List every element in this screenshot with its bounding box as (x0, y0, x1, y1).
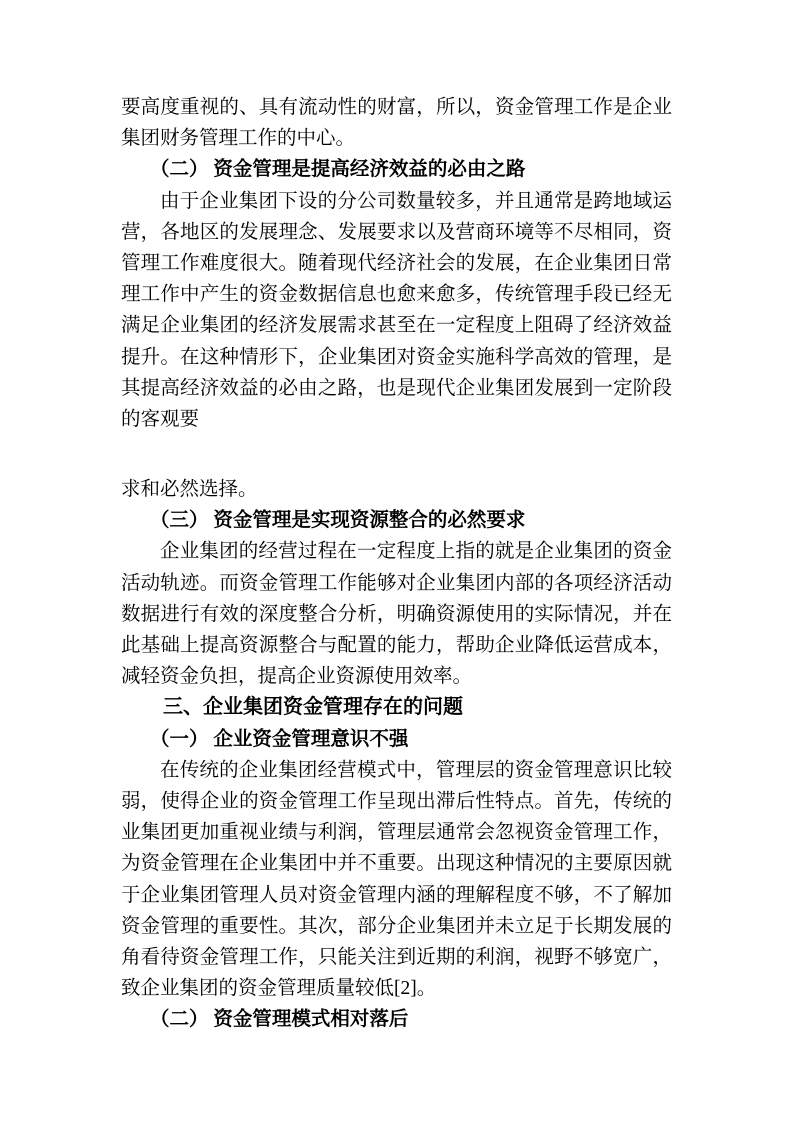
paragraph-first-line: 在传统的企业集团经营模式中，管理层的资金管理意识比较薄 (121, 755, 672, 786)
paragraph-last-line: 减轻资金负担，提高企业资源使用效率。 (121, 661, 672, 692)
text-line: 资金管理的重要性。其次，部分企业集团并未立足于长期发展的视 (121, 911, 672, 942)
subsection-heading: （三） 资金管理是实现资源整合的必然要求 (121, 505, 672, 536)
text-line: 业集团更加重视业绩与利润，管理层通常会忽视资金管理工作，认 (121, 817, 672, 848)
text-line: 为资金管理在企业集团中并不重要。出现这种情况的主要原因就在 (121, 848, 672, 879)
paragraph-last-line: 致企业集团的资金管理质量较低[2]。 (121, 973, 672, 1004)
section-heading: 三、企业集团资金管理存在的问题 (121, 692, 672, 723)
paragraph-last-line: 集团财务管理工作的中心。 (121, 123, 672, 154)
paragraph-first-line: 由于企业集团下设的分公司数量较多，并且通常是跨地域运 (121, 186, 672, 217)
text-line: 理工作中产生的资金数据信息也愈来愈多，传统管理手段已经无法 (121, 279, 672, 310)
subsection-heading: （二） 资金管理是提高经济效益的必由之路 (121, 154, 672, 185)
text-line: 弱，使得企业的资金管理工作呈现出滞后性特点。首先，传统的企 (121, 786, 672, 817)
document-text-block: 要高度重视的、具有流动性的财富，所以，资金管理工作是企业 集团财务管理工作的中心… (121, 92, 672, 1035)
text-line: 要高度重视的、具有流动性的财富，所以，资金管理工作是企业 (121, 92, 672, 123)
document-page: 要高度重视的、具有流动性的财富，所以，资金管理工作是企业 集团财务管理工作的中心… (0, 0, 794, 1122)
subsection-heading: （二） 资金管理模式相对落后 (121, 1004, 672, 1035)
carried-over-line: 求和必然选择。 (121, 474, 672, 505)
text-line: 数据进行有效的深度整合分析，明确资源使用的实际情况，并在 (121, 599, 672, 630)
text-line: 其提高经济效益的必由之路，也是现代企业集团发展到一定阶段后 (121, 373, 672, 404)
text-line: 此基础上提高资源整合与配置的能力，帮助企业降低运营成本， (121, 630, 672, 661)
paragraph-last-line: 的客观要 (121, 404, 672, 435)
text-line: 角看待资金管理工作，只能关注到近期的利润，视野不够宽广，导 (121, 942, 672, 973)
subsection-heading: （一） 企业资金管理意识不强 (121, 724, 672, 755)
text-line: 提升。在这种情形下，企业集团对资金实施科学高效的管理，是 (121, 342, 672, 373)
text-line: 管理工作难度很大。随着现代经济社会的发展，在企业集团日常管 (121, 248, 672, 279)
text-line: 满足企业集团的经济发展需求甚至在一定程度上阻碍了经济效益的 (121, 310, 672, 341)
text-line: 活动轨迹。而资金管理工作能够对企业集团内部的各项经济活动 (121, 568, 672, 599)
text-line: 营，各地区的发展理念、发展要求以及营商环境等不尽相同，资金 (121, 217, 672, 248)
paragraph-first-line: 企业集团的经营过程在一定程度上指的就是企业集团的资金 (121, 536, 672, 567)
text-line: 于企业集团管理人员对资金管理内涵的理解程度不够，不了解加强 (121, 880, 672, 911)
